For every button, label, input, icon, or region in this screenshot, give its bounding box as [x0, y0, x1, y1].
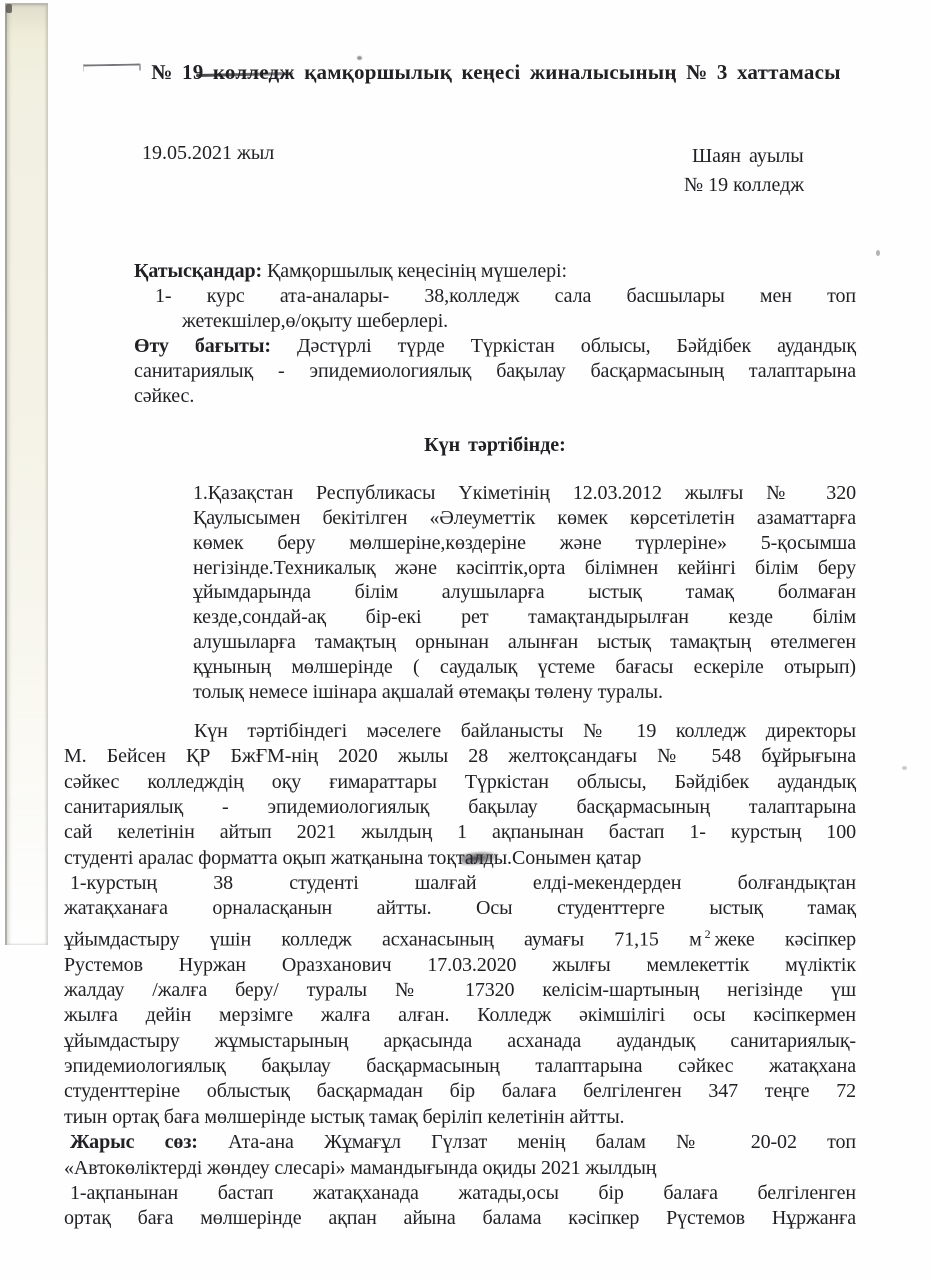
body-line: студенті аралас форматта оқып жатқанына … — [64, 846, 856, 871]
agenda-line: негізінде.Техникалық және кәсіптік,орта … — [193, 556, 856, 581]
body-line: ұйымдастыру жұмыстарының арқасында асхан… — [64, 1029, 856, 1054]
body-line: ортақ баға мөлшерінде ақпан айына балама… — [64, 1206, 856, 1231]
debate-heading-line: Жарыс сөз: Ата-ана Жұмағұл Гүлзат менің … — [64, 1130, 856, 1155]
superscript-2: 2 — [705, 927, 711, 941]
document-title: № 19 колледж қамқоршылық кеңесі жиналысы… — [140, 60, 852, 85]
scan-ink-dot-artifact — [876, 250, 880, 256]
area-text: ұйымдастыру үшін колледж асханасының аум… — [64, 928, 702, 950]
participants-section: Қатысқандар: Қамқоршылық кеңесінің мүшел… — [134, 259, 856, 408]
participants-line: жетекшілер,ө/оқыту шеберлері. — [134, 309, 856, 334]
route-text: Дәстүрлі түрде Түркістан облысы, Бәйдібе… — [297, 335, 856, 357]
document-place: Шаян ауылы № 19 колледж — [684, 142, 834, 200]
scan-edge-strip-artifact — [5, 3, 48, 945]
body-line: жатақханаға орналасқанын айтты. Осы студ… — [64, 896, 856, 921]
body-section: Күн тәртібіндегі мәселеге байланысты № 1… — [64, 719, 856, 1232]
body-line: сай келетінін айтып 2021 жылдың 1 ақпаны… — [64, 820, 856, 845]
agenda-line: ұйымдарында білім алушыларға ыстық тамақ… — [193, 580, 856, 605]
body-line: 1-ақпанынан бастап жатақханада жатады,ос… — [64, 1181, 856, 1206]
body-line: 1-курстың 38 студенті шалғай елді-мекенд… — [64, 871, 856, 896]
debate-label: Жарыс сөз: — [70, 1131, 198, 1153]
participants-members: Қамқоршылық кеңесінің мүшелері: — [267, 260, 567, 282]
agenda-line: толық немесе ішінара ақшалай өтемақы төл… — [193, 680, 856, 705]
agenda-line: кезде,сондай-ақ бір-екі рет тамақтандыры… — [193, 605, 856, 630]
agenda-line: көмек беру мөлшеріне,көздеріне және түрл… — [193, 531, 856, 556]
agenda-line: алушыларға тамақтың орнынан алынған ысты… — [193, 630, 856, 655]
body-line: М. Бейсен ҚР БжҒМ-нің 2020 жылы 28 желто… — [64, 744, 856, 769]
participants-line: 1- курс ата-аналары- 38,колледж сала бас… — [134, 284, 856, 309]
place-college: № 19 колледж — [684, 171, 834, 200]
body-line: Рустемов Нуржан Оразханович 17.03.2020 ж… — [64, 953, 856, 978]
body-line: эпидемиологиялық бақылау басқармасының т… — [64, 1054, 856, 1079]
body-line: «Автокөліктерді жөндеу слесарі» мамандығ… — [64, 1156, 856, 1181]
document-date: 19.05.2021 жыл — [142, 142, 274, 165]
route-label: Өту бағыты: — [134, 335, 271, 357]
agenda-line: құнының мөлшерінде ( саудалық үстеме бағ… — [193, 655, 856, 680]
body-line: тиын ортақ баға мөлшерінде ыстық тамақ б… — [64, 1105, 856, 1130]
scan-ink-dot-artifact — [902, 766, 907, 770]
body-line: жылға дейін мерзімге жалға алған. Коллед… — [64, 1003, 856, 1028]
participants-heading-line: Қатысқандар: Қамқоршылық кеңесінің мүшел… — [134, 259, 856, 284]
agenda-section: 1.Қазақстан Республикасы Үкіметінің 12.0… — [193, 481, 856, 705]
route-line: санитариялық - эпидемиологиялық бақылау … — [134, 359, 856, 384]
participants-label: Қатысқандар: — [134, 260, 262, 282]
area-text-tail: жеке кәсіпкер — [715, 928, 856, 950]
route-line: сәйкес. — [134, 384, 856, 409]
agenda-line: Қаулысымен бекітілген «Әлеуметтік көмек … — [193, 506, 856, 531]
agenda-line: 1.Қазақстан Республикасы Үкіметінің 12.0… — [193, 481, 856, 506]
body-line: Күн тәртібіндегі мәселеге байланысты № 1… — [64, 719, 856, 744]
body-line: сәйкес колледждің оқу ғимараттары Түркіс… — [64, 770, 856, 795]
scanned-page: № 19 колледж қамқоршылық кеңесі жиналысы… — [0, 0, 930, 1280]
body-line: санитариялық - эпидемиологиялық бақылау … — [64, 795, 856, 820]
body-line: студенттеріне облыстық басқармадан бір б… — [64, 1079, 856, 1104]
route-heading-line: Өту бағыты: Дәстүрлі түрде Түркістан обл… — [134, 334, 856, 359]
scan-dash-artifact — [83, 63, 141, 71]
body-line-with-superscript: ұйымдастыру үшін колледж асханасының аум… — [64, 922, 856, 953]
scan-corner-speck-artifact — [6, 4, 12, 13]
agenda-heading: Күн тәртібінде: — [134, 434, 856, 457]
body-line: жалдау /жалға беру/ туралы № 17320 келіс… — [64, 978, 856, 1003]
debate-text: Ата-ана Жұмағұл Гүлзат менің балам № 20-… — [228, 1131, 856, 1153]
place-village: Шаян ауылы — [684, 142, 834, 171]
